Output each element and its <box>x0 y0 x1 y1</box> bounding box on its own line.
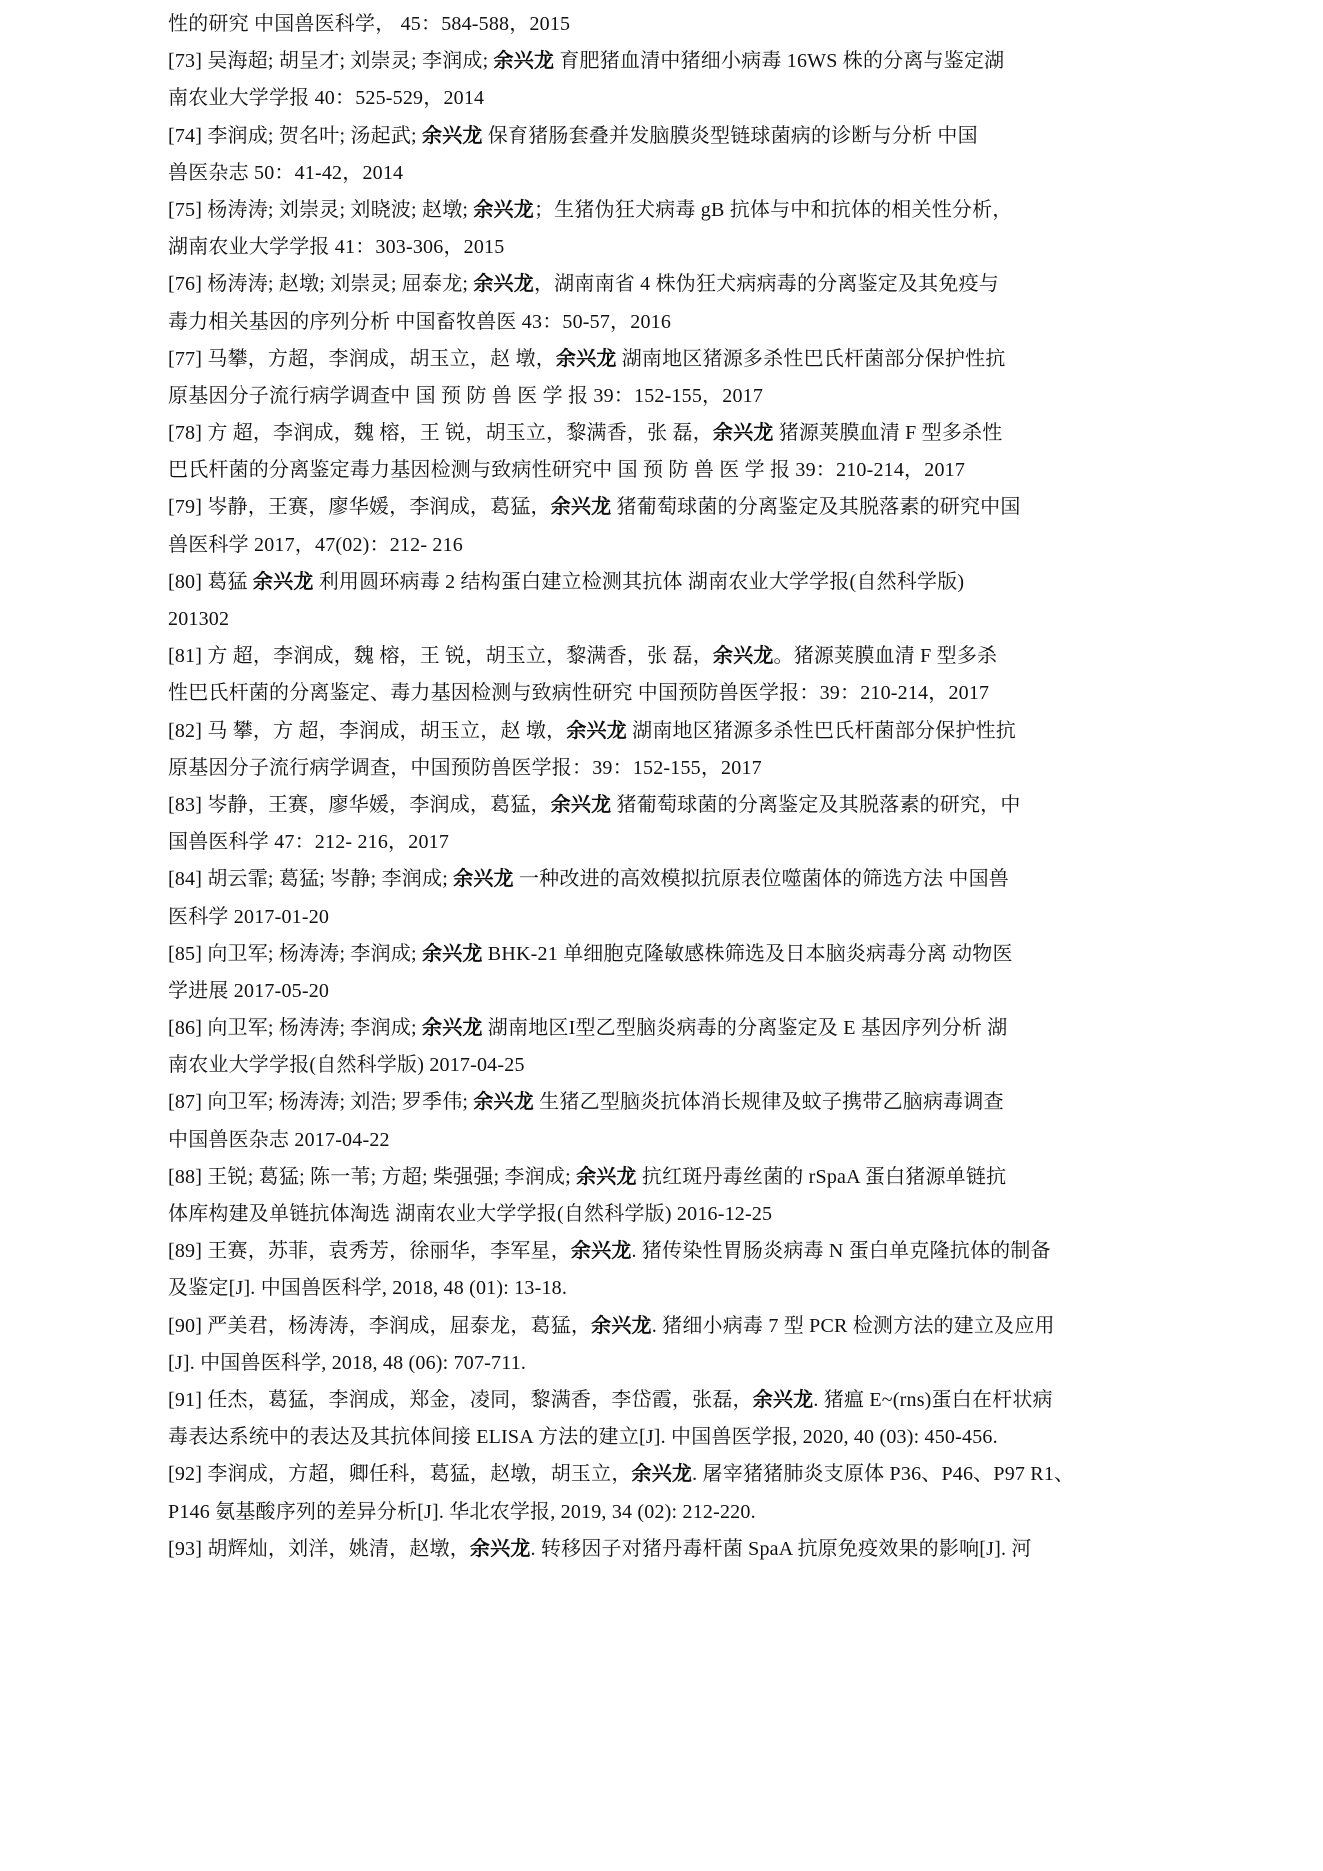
highlighted-author: 余兴龙 <box>422 943 483 965</box>
reference-line: 及鉴定[J]. 中国兽医科学, 2018, 48 (01): 13-18. <box>168 1270 1008 1307</box>
highlighted-author: 余兴龙 <box>422 125 483 147</box>
highlighted-author: 余兴龙 <box>571 1240 632 1262</box>
highlighted-author: 余兴龙 <box>713 645 774 667</box>
reference-text: 湖南地区I型乙型脑炎病毒的分离鉴定及 E 基因序列分析 湖 <box>483 1017 1008 1039</box>
reference-text: 性巴氏杆菌的分离鉴定、毒力基因检测与致病性研究 中国预防兽医学报：39：210-… <box>168 682 989 704</box>
reference-text: . 屠宰猪猪肺炎支原体 P36、P46、P97 R1、 <box>692 1463 1074 1485</box>
reference-text: [84] 胡云霏; 葛猛; 岑静; 李润成; <box>168 868 453 890</box>
highlighted-author: 余兴龙 <box>494 50 555 72</box>
reference-line: 医科学 2017-01-20 <box>168 899 1008 936</box>
reference-line: 毒力相关基因的序列分析 中国畜牧兽医 43：50-57，2016 <box>168 304 1008 341</box>
reference-text: 医科学 2017-01-20 <box>168 906 329 928</box>
highlighted-author: 余兴龙 <box>473 1091 534 1113</box>
reference-text: [87] 向卫军; 杨涛涛; 刘浩; 罗季伟; <box>168 1091 473 1113</box>
reference-text: 猪源荚膜血清 F 型多杀性 <box>774 422 1003 444</box>
reference-text: 原基因分子流行病学调查，中国预防兽医学报：39：152-155，2017 <box>168 757 762 779</box>
reference-line: [90] 严美君，杨涛涛，李润成，屈泰龙，葛猛，余兴龙. 猪细小病毒 7 型 P… <box>168 1308 1008 1345</box>
reference-text: 南农业大学学报(自然科学版) 2017-04-25 <box>168 1054 525 1076</box>
reference-text: 原基因分子流行病学调查中 国 预 防 兽 医 学 报 39：152-155，20… <box>168 385 763 407</box>
highlighted-author: 余兴龙 <box>473 199 534 221</box>
reference-line: 性巴氏杆菌的分离鉴定、毒力基因检测与致病性研究 中国预防兽医学报：39：210-… <box>168 675 1008 712</box>
reference-line: [92] 李润成，方超，卿任科，葛猛，赵墩，胡玉立，余兴龙. 屠宰猪猪肺炎支原体… <box>168 1456 1008 1493</box>
reference-text: 201302 <box>168 608 229 630</box>
reference-text: 育肥猪血清中猪细小病毒 16WS 株的分离与鉴定湖 <box>554 50 1004 72</box>
reference-line: 原基因分子流行病学调查，中国预防兽医学报：39：152-155，2017 <box>168 750 1008 787</box>
reference-text: . 猪传染性胃肠炎病毒 N 蛋白单克隆抗体的制备 <box>632 1240 1051 1262</box>
highlighted-author: 余兴龙 <box>551 794 612 816</box>
highlighted-author: 余兴龙 <box>470 1538 531 1560</box>
reference-line: 兽医科学 2017，47(02)：212- 216 <box>168 527 1008 564</box>
reference-text: [73] 吴海超; 胡呈才; 刘崇灵; 李润成; <box>168 50 494 72</box>
reference-text: [85] 向卫军; 杨涛涛; 李润成; <box>168 943 422 965</box>
reference-line: [86] 向卫军; 杨涛涛; 李润成; 余兴龙 湖南地区I型乙型脑炎病毒的分离鉴… <box>168 1010 1008 1047</box>
reference-line: 巴氏杆菌的分离鉴定毒力基因检测与致病性研究中 国 预 防 兽 医 学 报 39：… <box>168 452 1008 489</box>
highlighted-author: 余兴龙 <box>753 1389 814 1411</box>
reference-text: 湖南农业大学学报 41：303-306，2015 <box>168 236 504 258</box>
reference-text: 中国兽医杂志 2017-04-22 <box>168 1129 390 1151</box>
reference-text: 毒表达系统中的表达及其抗体间接 ELISA 方法的建立[J]. 中国兽医学报, … <box>168 1426 998 1448</box>
reference-line: [79] 岑静，王赛，廖华媛，李润成，葛猛，余兴龙 猪葡萄球菌的分离鉴定及其脱落… <box>168 489 1008 526</box>
reference-line: [80] 葛猛 余兴龙 利用圆环病毒 2 结构蛋白建立检测其抗体 湖南农业大学学… <box>168 564 1008 601</box>
reference-line: 性的研究 中国兽医科学， 45：584-588，2015 <box>168 6 1008 43</box>
reference-text: 。猪源荚膜血清 F 型多杀 <box>774 645 998 667</box>
reference-line: [87] 向卫军; 杨涛涛; 刘浩; 罗季伟; 余兴龙 生猪乙型脑炎抗体消长规律… <box>168 1084 1008 1121</box>
reference-line: [81] 方 超，李润成，魏 榕，王 锐，胡玉立，黎满香，张 磊，余兴龙。猪源荚… <box>168 638 1008 675</box>
highlighted-author: 余兴龙 <box>253 571 314 593</box>
reference-text: 猪葡萄球菌的分离鉴定及其脱落素的研究，中 <box>611 794 1020 816</box>
reference-text: [86] 向卫军; 杨涛涛; 李润成; <box>168 1017 422 1039</box>
reference-line: [J]. 中国兽医科学, 2018, 48 (06): 707-711. <box>168 1345 1008 1382</box>
reference-text: [89] 王赛，苏菲，袁秀芳，徐丽华，李军星， <box>168 1240 571 1262</box>
reference-line: 南农业大学学报(自然科学版) 2017-04-25 <box>168 1047 1008 1084</box>
highlighted-author: 余兴龙 <box>591 1315 652 1337</box>
reference-line: [75] 杨涛涛; 刘崇灵; 刘晓波; 赵墩; 余兴龙；生猪伪狂犬病毒 gB 抗… <box>168 192 1008 229</box>
highlighted-author: 余兴龙 <box>422 1017 483 1039</box>
reference-text: [79] 岑静，王赛，廖华媛，李润成，葛猛， <box>168 496 551 518</box>
reference-text: [78] 方 超，李润成，魏 榕，王 锐，胡玉立，黎满香，张 磊， <box>168 422 713 444</box>
reference-text: 猪葡萄球菌的分离鉴定及其脱落素的研究中国 <box>611 496 1020 518</box>
reference-line: [85] 向卫军; 杨涛涛; 李润成; 余兴龙 BHK-21 单细胞克隆敏感株筛… <box>168 936 1008 973</box>
highlighted-author: 余兴龙 <box>473 273 534 295</box>
reference-line: 兽医杂志 50：41-42，2014 <box>168 155 1008 192</box>
reference-text: ；生猪伪狂犬病毒 gB 抗体与中和抗体的相关性分析， <box>534 199 1013 221</box>
reference-line: [83] 岑静，王赛，廖华媛，李润成，葛猛，余兴龙 猪葡萄球菌的分离鉴定及其脱落… <box>168 787 1008 824</box>
reference-line: 湖南农业大学学报 41：303-306，2015 <box>168 229 1008 266</box>
reference-line: P146 氨基酸序列的差异分析[J]. 华北农学报, 2019, 34 (02)… <box>168 1494 1008 1531</box>
reference-text: 巴氏杆菌的分离鉴定毒力基因检测与致病性研究中 国 预 防 兽 医 学 报 39：… <box>168 459 965 481</box>
reference-text: 兽医杂志 50：41-42，2014 <box>168 162 403 184</box>
reference-text: [80] 葛猛 <box>168 571 253 593</box>
reference-text: 及鉴定[J]. 中国兽医科学, 2018, 48 (01): 13-18. <box>168 1277 567 1299</box>
reference-text: [90] 严美君，杨涛涛，李润成，屈泰龙，葛猛， <box>168 1315 591 1337</box>
reference-text: [92] 李润成，方超，卿任科，葛猛，赵墩，胡玉立， <box>168 1463 632 1485</box>
highlighted-author: 余兴龙 <box>556 348 617 370</box>
reference-text: P146 氨基酸序列的差异分析[J]. 华北农学报, 2019, 34 (02)… <box>168 1501 756 1523</box>
reference-text: 生猪乙型脑炎抗体消长规律及蚊子携带乙脑病毒调查 <box>534 1091 1004 1113</box>
reference-text: 国兽医科学 47：212- 216，2017 <box>168 831 449 853</box>
reference-text: [81] 方 超，李润成，魏 榕，王 锐，胡玉立，黎满香，张 磊， <box>168 645 713 667</box>
reference-line: [88] 王锐; 葛猛; 陈一苇; 方超; 柴强强; 李润成; 余兴龙 抗红斑丹… <box>168 1159 1008 1196</box>
reference-line: 中国兽医杂志 2017-04-22 <box>168 1122 1008 1159</box>
reference-text: 毒力相关基因的序列分析 中国畜牧兽医 43：50-57，2016 <box>168 311 671 333</box>
reference-text: [76] 杨涛涛; 赵墩; 刘崇灵; 屈泰龙; <box>168 273 473 295</box>
reference-text: [J]. 中国兽医科学, 2018, 48 (06): 707-711. <box>168 1352 526 1374</box>
reference-line: 201302 <box>168 601 1008 638</box>
highlighted-author: 余兴龙 <box>632 1463 693 1485</box>
highlighted-author: 余兴龙 <box>713 422 774 444</box>
reference-text: 一种改进的高效模拟抗原表位噬菌体的筛选方法 中国兽 <box>514 868 1009 890</box>
reference-line: [78] 方 超，李润成，魏 榕，王 锐，胡玉立，黎满香，张 磊，余兴龙 猪源荚… <box>168 415 1008 452</box>
reference-line: [82] 马 攀，方 超，李润成，胡玉立，赵 墩，余兴龙 湖南地区猪源多杀性巴氏… <box>168 713 1008 750</box>
reference-line: 国兽医科学 47：212- 216，2017 <box>168 824 1008 861</box>
reference-line: [74] 李润成; 贺名叶; 汤起武; 余兴龙 保育猪肠套叠并发脑膜炎型链球菌病… <box>168 118 1008 155</box>
highlighted-author: 余兴龙 <box>551 496 612 518</box>
reference-text: 湖南地区猪源多杀性巴氏杆菌部分保护性抗 <box>627 720 1016 742</box>
reference-text: [74] 李润成; 贺名叶; 汤起武; <box>168 125 422 147</box>
reference-text: 利用圆环病毒 2 结构蛋白建立检测其抗体 湖南农业大学学报(自然科学版) <box>314 571 965 593</box>
reference-text: . 猪细小病毒 7 型 PCR 检测方法的建立及应用 <box>652 1315 1055 1337</box>
reference-text: 体库构建及单链抗体淘选 湖南农业大学学报(自然科学版) 2016-12-25 <box>168 1203 772 1225</box>
reference-line: [76] 杨涛涛; 赵墩; 刘崇灵; 屈泰龙; 余兴龙，湖南南省 4 株伪狂犬病… <box>168 266 1008 303</box>
reference-text: 兽医科学 2017，47(02)：212- 216 <box>168 534 463 556</box>
highlighted-author: 余兴龙 <box>576 1166 637 1188</box>
reference-text: . 猪瘟 E~(rns)蛋白在杆状病 <box>813 1389 1052 1411</box>
reference-line: [89] 王赛，苏菲，袁秀芳，徐丽华，李军星，余兴龙. 猪传染性胃肠炎病毒 N … <box>168 1233 1008 1270</box>
reference-line: [93] 胡辉灿，刘洋，姚清，赵墩，余兴龙. 转移因子对猪丹毒杆菌 SpaA 抗… <box>168 1531 1008 1568</box>
reference-text: . 转移因子对猪丹毒杆菌 SpaA 抗原免疫效果的影响[J]. 河 <box>531 1538 1032 1560</box>
reference-text: 性的研究 中国兽医科学， 45：584-588，2015 <box>168 13 570 35</box>
reference-text: [83] 岑静，王赛，廖华媛，李润成，葛猛， <box>168 794 551 816</box>
reference-text: [91] 任杰，葛猛，李润成，郑金，凌同，黎满香，李岱霞，张磊， <box>168 1389 753 1411</box>
highlighted-author: 余兴龙 <box>566 720 627 742</box>
reference-line: 南农业大学学报 40：525-529，2014 <box>168 80 1008 117</box>
reference-line: 体库构建及单链抗体淘选 湖南农业大学学报(自然科学版) 2016-12-25 <box>168 1196 1008 1233</box>
reference-text: 湖南地区猪源多杀性巴氏杆菌部分保护性抗 <box>617 348 1006 370</box>
reference-text: 学进展 2017-05-20 <box>168 980 329 1002</box>
reference-text: [77] 马攀，方超，李润成，胡玉立，赵 墩， <box>168 348 556 370</box>
reference-text: BHK-21 单细胞克隆敏感株筛选及日本脑炎病毒分离 动物医 <box>483 943 1013 965</box>
reference-line: [91] 任杰，葛猛，李润成，郑金，凌同，黎满香，李岱霞，张磊，余兴龙. 猪瘟 … <box>168 1382 1008 1419</box>
reference-line: 学进展 2017-05-20 <box>168 973 1008 1010</box>
reference-text: [82] 马 攀，方 超，李润成，胡玉立，赵 墩， <box>168 720 566 742</box>
reference-text: ，湖南南省 4 株伪狂犬病病毒的分离鉴定及其免疫与 <box>534 273 999 295</box>
highlighted-author: 余兴龙 <box>453 868 514 890</box>
reference-text: [88] 王锐; 葛猛; 陈一苇; 方超; 柴强强; 李润成; <box>168 1166 576 1188</box>
reference-text: 保育猪肠套叠并发脑膜炎型链球菌病的诊断与分析 中国 <box>483 125 978 147</box>
reference-text: [93] 胡辉灿，刘洋，姚清，赵墩， <box>168 1538 470 1560</box>
reference-list-page: 性的研究 中国兽医科学， 45：584-588，2015[73] 吴海超; 胡呈… <box>168 6 1008 1568</box>
reference-text: [75] 杨涛涛; 刘崇灵; 刘晓波; 赵墩; <box>168 199 473 221</box>
reference-text: 抗红斑丹毒丝菌的 rSpaA 蛋白猪源单链抗 <box>637 1166 1007 1188</box>
reference-line: 毒表达系统中的表达及其抗体间接 ELISA 方法的建立[J]. 中国兽医学报, … <box>168 1419 1008 1456</box>
reference-line: [84] 胡云霏; 葛猛; 岑静; 李润成; 余兴龙 一种改进的高效模拟抗原表位… <box>168 861 1008 898</box>
reference-line: [77] 马攀，方超，李润成，胡玉立，赵 墩，余兴龙 湖南地区猪源多杀性巴氏杆菌… <box>168 341 1008 378</box>
reference-line: [73] 吴海超; 胡呈才; 刘崇灵; 李润成; 余兴龙 育肥猪血清中猪细小病毒… <box>168 43 1008 80</box>
reference-text: 南农业大学学报 40：525-529，2014 <box>168 87 484 109</box>
reference-line: 原基因分子流行病学调查中 国 预 防 兽 医 学 报 39：152-155，20… <box>168 378 1008 415</box>
